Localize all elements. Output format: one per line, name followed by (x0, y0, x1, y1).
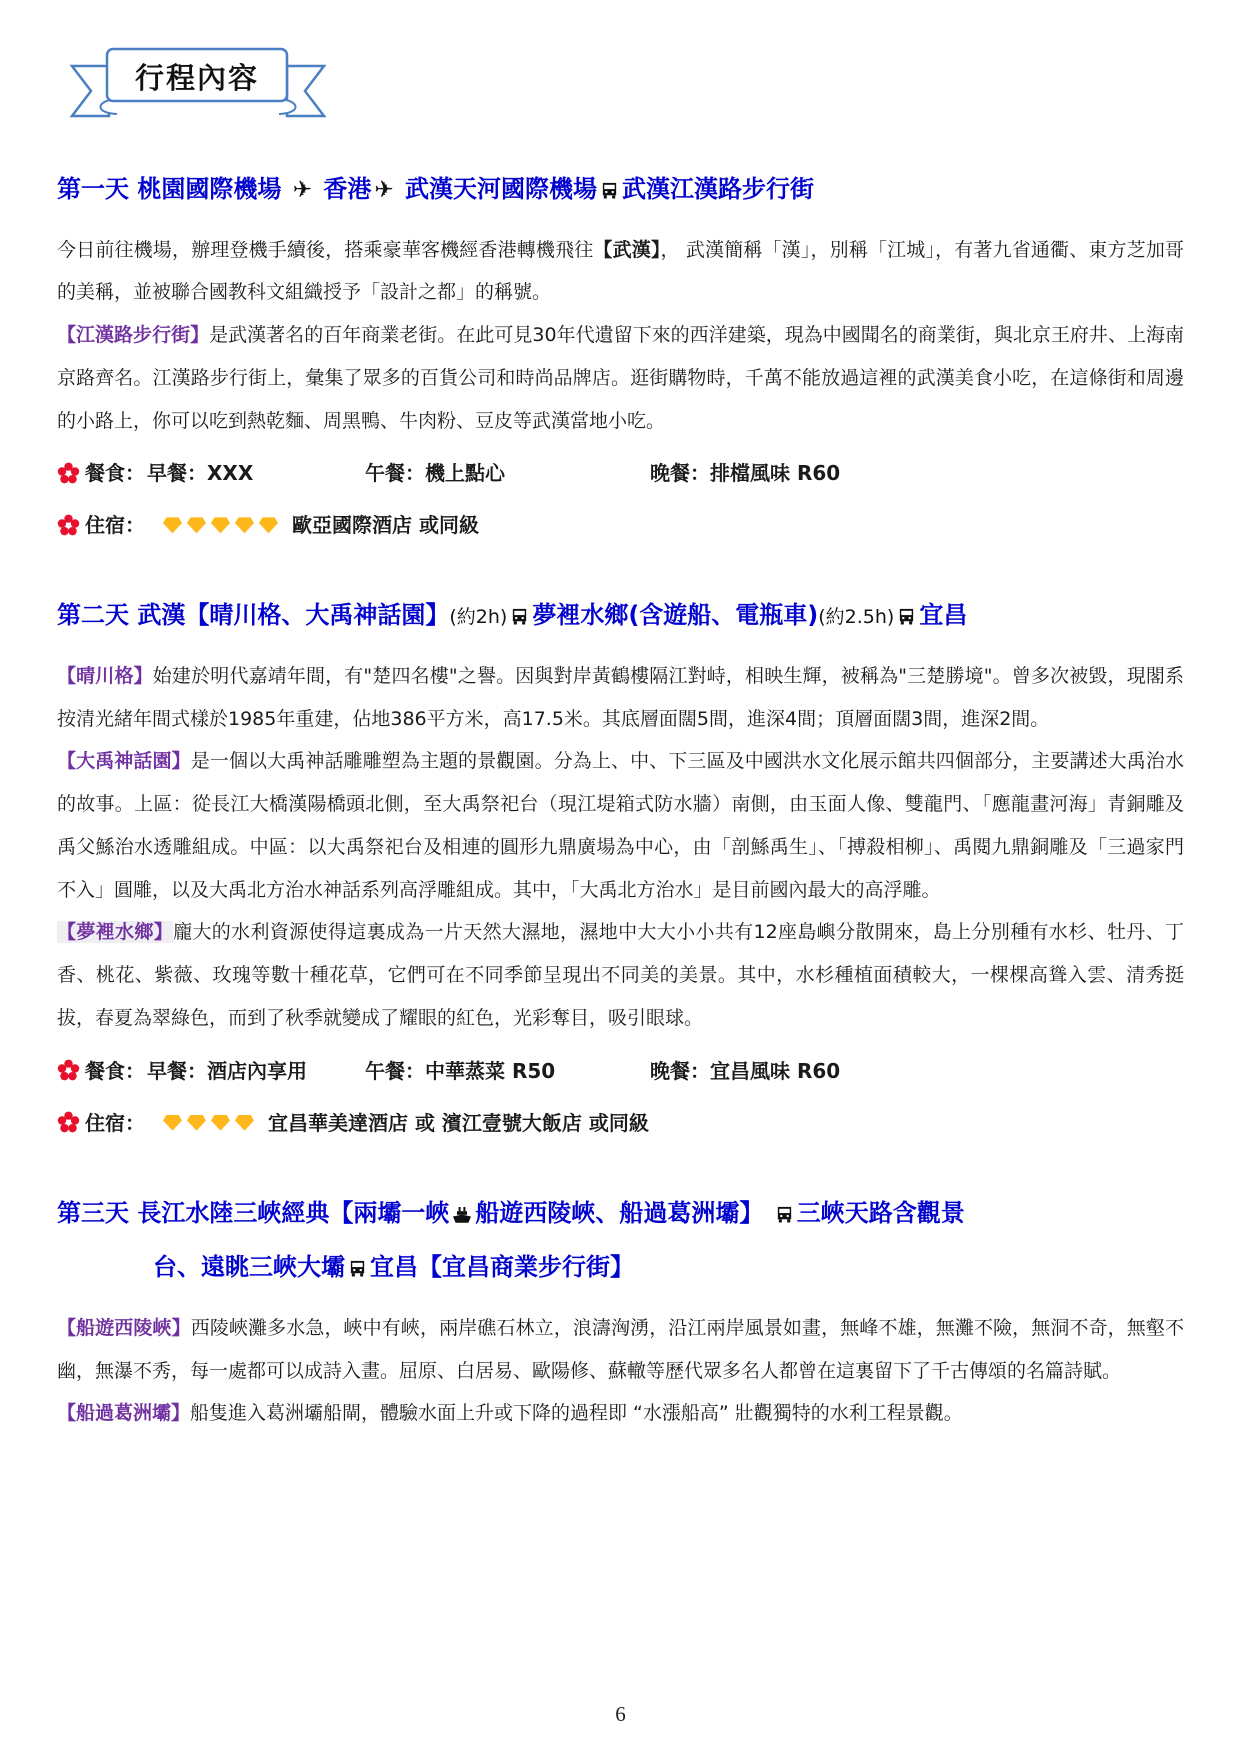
spot-paragraph-mengli-water-town: 【夢裡水鄉】龐大的水利資源使得這裏成為一片天然大濕地，濕地中大大小小共有12座島… (57, 911, 1184, 1039)
day2-title-text: 宜昌 (919, 601, 967, 629)
dinner-value: 晚餐：排檔風味 R60 (650, 452, 840, 494)
day2-title-text: 第二天 武漢【晴川格、大禹神話園】 (57, 601, 449, 629)
spot-label: 【船遊西陵峽】 (57, 1317, 191, 1339)
hotel-star-rating (163, 1115, 259, 1131)
day2-meals: 餐食： 早餐：酒店內享用 午餐：中華蒸菜 R50 晚餐：宜昌風味 R60 (57, 1050, 1184, 1092)
meals-label: 餐食： (85, 1050, 145, 1092)
spot-text: 龐大的水利資源使得這裏成為一片天然大濕地，濕地中大大小小共有12座島嶼分散開來，… (57, 921, 1184, 1029)
ship-icon (452, 1191, 472, 1243)
spot-text: 船隻進入葛洲壩船閘，體驗水面上升或下降的過程即 “水漲船高” 壯觀獨特的水利工程… (190, 1402, 963, 1424)
gem-icon (259, 517, 278, 533)
day2-title-text: 夢裡水鄉(含遊船、電瓶車) (532, 601, 818, 629)
flower-icon (57, 1059, 80, 1082)
day1-title-text: 香港 (315, 175, 371, 203)
flower-icon (57, 1111, 80, 1134)
gem-icon (163, 1115, 182, 1131)
day3-title-text: 三峽天路含觀景 (797, 1199, 965, 1227)
hotel-name: 歐亞國際酒店 或同級 (292, 504, 479, 546)
day3-title-text: 船遊西陵峽、船過葛洲壩】 (475, 1199, 771, 1227)
hotel-label: 住宿： (85, 1102, 145, 1144)
breakfast-value: 早餐：XXX (147, 452, 365, 494)
day1-hotel: 住宿： 歐亞國際酒店 或同級 (57, 504, 1184, 546)
hotel-name: 宜昌華美達酒店 或 濱江壹號大飯店 或同級 (268, 1102, 649, 1144)
day1-title-text: 武漢江漢路步行街 (622, 175, 814, 203)
day3-title-line1: 第三天 長江水陸三峽經典【兩壩一峽船遊西陵峽、船過葛洲壩】 三峽天路含觀景 (57, 1188, 1184, 1243)
spot-label: 【晴川格】 (57, 665, 153, 687)
day3-title-text: 第三天 長江水陸三峽經典【兩壩一峽 (57, 1199, 449, 1227)
flower-icon (57, 462, 80, 485)
day2-hotel: 住宿： 宜昌華美達酒店 或 濱江壹號大飯店 或同級 (57, 1102, 1184, 1144)
spot-paragraph-jianghan: 【江漢路步行街】是武漢著名的百年商業老街。在此可見30年代遺留下來的西洋建築，現… (57, 314, 1184, 442)
gem-icon (235, 1115, 254, 1131)
spot-text: 始建於明代嘉靖年間，有"楚四名樓"之譽。因與對岸黃鶴樓隔江對峙，相映生輝，被稱為… (57, 665, 1184, 730)
day1-title-text: 武漢天河國際機場 (397, 175, 597, 203)
itinerary-banner: 行程內容 (69, 44, 327, 120)
lunch-value: 午餐：中華蒸菜 R50 (365, 1050, 650, 1092)
flower-icon (57, 514, 80, 537)
spot-text: 是一個以大禹神話雕雕塑為主題的景觀園。分為上、中、下三區及中國洪水文化展示館共四… (57, 750, 1184, 900)
plane-icon: ✈ (293, 166, 312, 215)
intro-text: 今日前往機場，辦理登機手續後，搭乘豪華客機經香港轉機飛往 (57, 239, 593, 261)
spot-label: 【大禹神話園】 (57, 750, 191, 772)
spot-label: 【江漢路步行街】 (57, 324, 209, 346)
banner-title: 行程內容 (109, 51, 285, 101)
day1-title: 第一天 桃園國際機場 ✈ 香港✈ 武漢天河國際機場武漢江漢路步行街 (57, 164, 1184, 219)
meals-label: 餐食： (85, 452, 145, 494)
bus-icon (600, 167, 619, 219)
spot-label-highlighted: 【夢裡水鄉】 (57, 921, 173, 943)
gem-icon (187, 517, 206, 533)
day3-section: 第三天 長江水陸三峽經典【兩壩一峽船遊西陵峽、船過葛洲壩】 三峽天路含觀景 台、… (57, 1188, 1184, 1435)
spot-paragraph-gezhouba: 【船過葛洲壩】船隻進入葛洲壩船閘，體驗水面上升或下降的過程即 “水漲船高” 壯觀… (57, 1392, 1184, 1435)
spot-paragraph-qingchuan: 【晴川格】始建於明代嘉靖年間，有"楚四名樓"之譽。因與對岸黃鶴樓隔江對峙，相映生… (57, 655, 1184, 741)
itinerary-page: 行程內容 第一天 桃園國際機場 ✈ 香港✈ 武漢天河國際機場武漢江漢路步行街 今… (0, 44, 1241, 1435)
gem-icon (211, 1115, 230, 1131)
hotel-star-rating (163, 517, 283, 533)
gem-icon (211, 517, 230, 533)
day1-meals: 餐食： 早餐：XXX 午餐：機上點心 晚餐：排檔風味 R60 (57, 452, 1184, 494)
day3-title-line2: 台、遠眺三峽大壩宜昌【宜昌商業步行街】 (57, 1242, 1184, 1297)
day1-title-text: 第一天 桃園國際機場 (57, 175, 290, 203)
highlight-wuhan: 【武漢】 (593, 239, 660, 261)
day2-title: 第二天 武漢【晴川格、大禹神話園】(約2h)夢裡水鄉(含遊船、電瓶車)(約2.5… (57, 590, 1184, 645)
spot-paragraph-xiling-gorge: 【船遊西陵峽】西陵峽灘多水急，峽中有峽，兩岸礁石林立，浪濤洶湧，沿江兩岸風景如畫… (57, 1307, 1184, 1393)
page-number: 6 (0, 1702, 1241, 1727)
bus-icon (510, 593, 529, 645)
gem-icon (187, 1115, 206, 1131)
day3-title-text: 宜昌【宜昌商業步行街】 (370, 1253, 634, 1281)
bus-icon (897, 593, 916, 645)
spot-paragraph-dayu-park: 【大禹神話園】是一個以大禹神話雕雕塑為主題的景觀園。分為上、中、下三區及中國洪水… (57, 740, 1184, 911)
bus-icon (348, 1245, 367, 1297)
day2-section: 第二天 武漢【晴川格、大禹神話園】(約2h)夢裡水鄉(含遊船、電瓶車)(約2.5… (57, 590, 1184, 1143)
spot-label: 【船過葛洲壩】 (57, 1402, 190, 1424)
plane-icon: ✈ (374, 166, 393, 215)
lunch-value: 午餐：機上點心 (365, 452, 650, 494)
gem-icon (235, 517, 254, 533)
day1-section: 第一天 桃園國際機場 ✈ 香港✈ 武漢天河國際機場武漢江漢路步行街 今日前往機場… (57, 164, 1184, 546)
spot-text: 是武漢著名的百年商業老街。在此可見30年代遺留下來的西洋建築，現為中國聞名的商業… (57, 324, 1184, 432)
day1-intro-paragraph: 今日前往機場，辦理登機手續後，搭乘豪華客機經香港轉機飛往【武漢】， 武漢簡稱「漢… (57, 229, 1184, 315)
duration-annotation: (約2h) (449, 606, 507, 628)
spot-text: 西陵峽灘多水急，峽中有峽，兩岸礁石林立，浪濤洶湧，沿江兩岸風景如畫，無峰不雄，無… (57, 1317, 1184, 1382)
bus-icon (775, 1191, 794, 1243)
duration-annotation: (約2.5h) (818, 606, 894, 628)
dinner-value: 晚餐：宜昌風味 R60 (650, 1050, 840, 1092)
breakfast-value: 早餐：酒店內享用 (147, 1050, 365, 1092)
gem-icon (163, 517, 182, 533)
day3-title: 第三天 長江水陸三峽經典【兩壩一峽船遊西陵峽、船過葛洲壩】 三峽天路含觀景 台、… (57, 1188, 1184, 1297)
day3-title-text: 台、遠眺三峽大壩 (153, 1253, 345, 1281)
hotel-label: 住宿： (85, 504, 145, 546)
